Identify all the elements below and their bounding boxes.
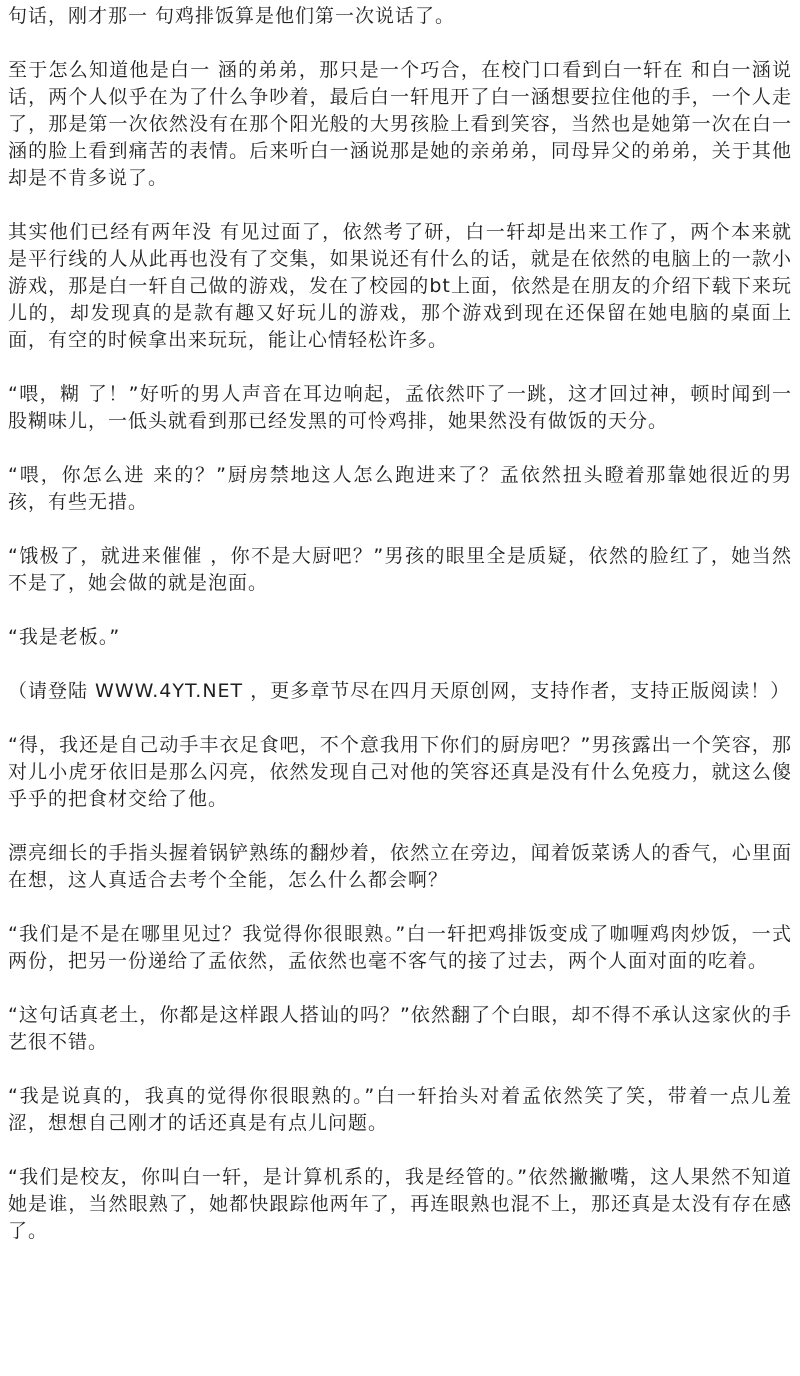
paragraph-13: “我是说真的，我真的觉得你很眼熟的。”白一轩抬头对着孟依然笑了笑，带着一点儿羞涩… xyxy=(8,1083,792,1137)
novel-text-page: 句话，刚才那一 句鸡排饭算是他们第一次说话了。 至于怎么知道他是白一 涵的弟弟，… xyxy=(0,0,800,1376)
paragraph-11: “我们是不是在哪里见过？我觉得你很眼熟。”白一轩把鸡排饭变成了咖喱鸡肉炒饭，一式… xyxy=(8,921,792,975)
paragraph-5: “喂，你怎么进 来的？”厨房禁地这人怎么跑进来了？孟依然扭头瞪着那靠她很近的男孩… xyxy=(8,462,792,516)
paragraph-6: “饿极了，就进来催催 ，你不是大厨吧？”男孩的眼里全是质疑，依然的脸红了，她当然… xyxy=(8,543,792,597)
paragraph-3: 其实他们已经有两年没 有见过面了，依然考了研，白一轩却是出来工作了，两个本来就是… xyxy=(8,219,792,354)
paragraph-2: 至于怎么知道他是白一 涵的弟弟，那只是一个巧合，在校门口看到白一轩在 和白一涵说… xyxy=(8,57,792,192)
paragraph-9: “得，我还是自己动手丰衣足食吧，不个意我用下你们的厨房吧？”男孩露出一个笑容，那… xyxy=(8,732,792,813)
paragraph-4: “喂，糊 了！”好听的男人声音在耳边响起，孟依然吓了一跳，这才回过神，顿时闻到一… xyxy=(8,381,792,435)
paragraph-12: “这句话真老土，你都是这样跟人搭讪的吗？”依然翻了个白眼，却不得不承认这家伙的手… xyxy=(8,1002,792,1056)
paragraph-7: “我是老板。” xyxy=(8,624,792,651)
paragraph-1: 句话，刚才那一 句鸡排饭算是他们第一次说话了。 xyxy=(8,3,792,30)
paragraph-10: 漂亮细长的手指头握着锅铲熟练的翻炒着，依然立在旁边，闻着饭菜诱人的香气，心里面在… xyxy=(8,840,792,894)
paragraph-14: “我们是校友，你叫白一轩，是计算机系的，我是经管的。”依然撇撇嘴，这人果然不知道… xyxy=(8,1164,792,1245)
paragraph-8-publisher-notice: （请登陆 WWW.4YT.NET ，更多章节尽在四月天原创网，支持作者，支持正版… xyxy=(8,678,792,705)
